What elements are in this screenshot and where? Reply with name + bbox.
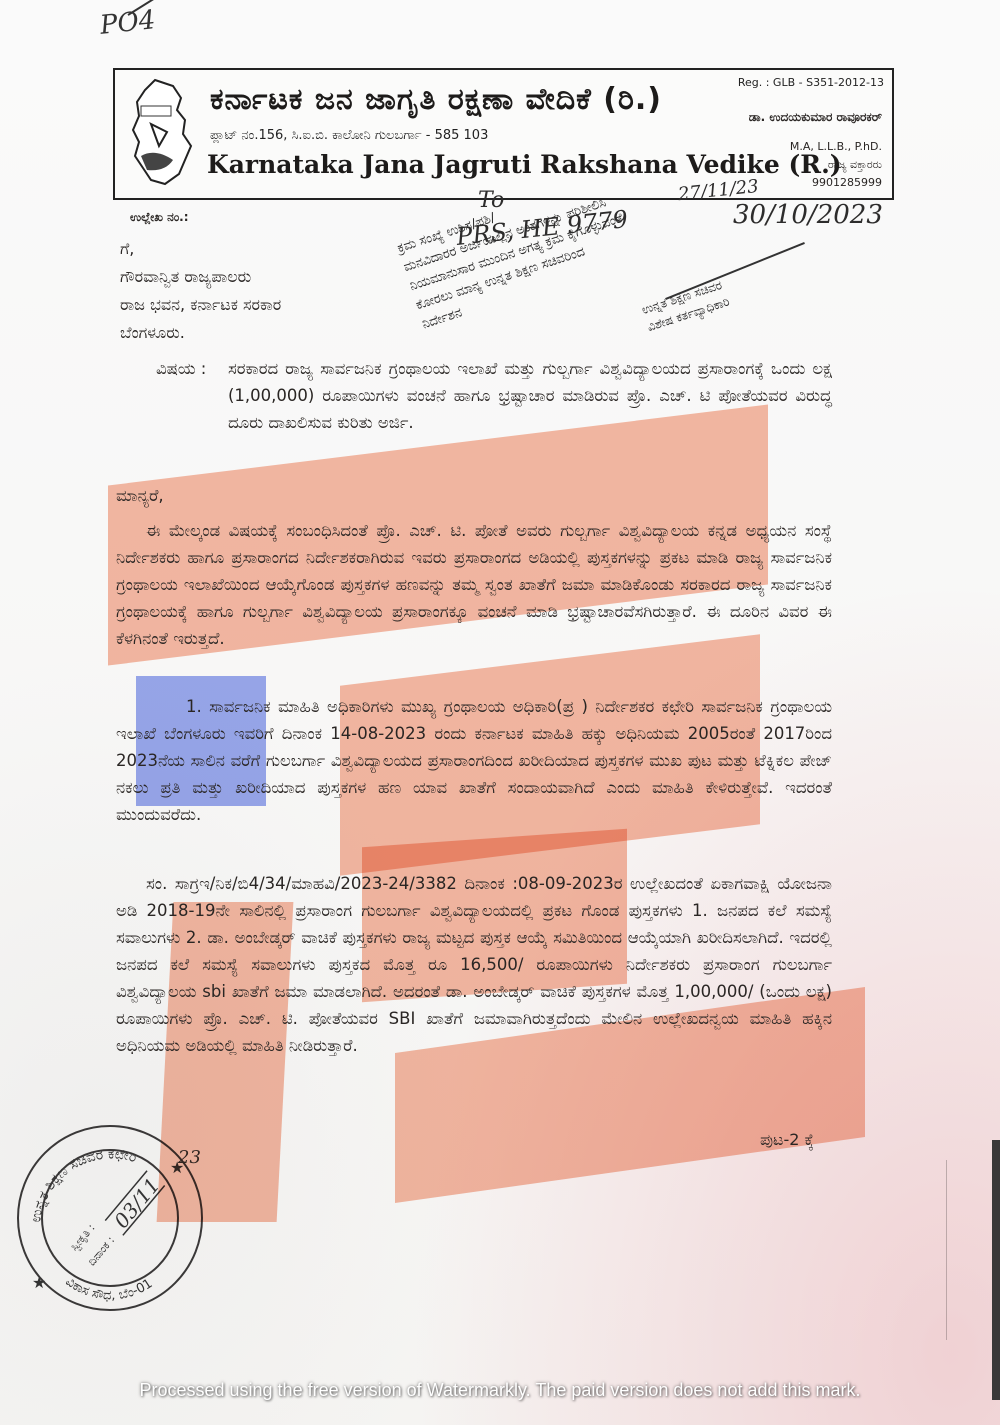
addressee-block: ಗೆ, ಗೌರವಾನ್ವಿತ ರಾಜ್ಯಪಾಲರು ರಾಜ ಭವನ, ಕರ್ನಾ…	[120, 235, 281, 347]
reference-label: ಉಲ್ಲೇಖ ನಂ.:	[130, 210, 189, 225]
addressee-line: ರಾಜ ಭವನ, ಕರ್ನಾಟಕ ಸರಕಾರ	[120, 291, 281, 319]
subject-label: ವಿಷಯ :	[156, 355, 206, 382]
addressee-line: ಬೆಂಗಳೂರು.	[120, 319, 281, 347]
org-address: ಪ್ಲಾಟ್ ನಂ.156, ಸಿ.ಐ.ಬಿ. ಕಾಲೋನಿ ಗುಲಬರ್ಗಾ …	[210, 128, 488, 143]
stamp-received-label: ಸ್ವೀಕೃತಿ :	[68, 1221, 98, 1253]
karnataka-map-logo-icon	[125, 76, 203, 188]
addressee-line: ಗೆ,	[120, 235, 281, 263]
spokesperson-name: ಡಾ. ಉದಯಕುಮಾರ ರಾವೂರಕರ್	[749, 110, 882, 125]
handwritten-top-mark: PO4	[99, 5, 157, 41]
subject-text: ಸರಕಾರದ ರಾಜ್ಯ ಸಾರ್ವಜನಿಕ ಗ್ರಂಥಾಲಯ ಇಲಾಖೆ ಮತ…	[228, 355, 832, 436]
handwritten-date: 30/10/2023	[733, 200, 883, 230]
spokesperson-role: ರಾಜ್ಯ ವಕ್ತಾರರು	[828, 158, 882, 172]
phone-number: 9901285999	[812, 176, 882, 189]
fold-line	[946, 1160, 947, 1340]
spokesperson-degrees: M.A, L.L.B., P.hD.	[790, 140, 882, 153]
scan-edge	[992, 1140, 1000, 1400]
org-title-kannada: ಕರ್ನಾಟಕ ಜನ ಜಾಗೃತಿ ರಕ್ಷಣಾ ವೇದಿಕೆ (ರಿ.)	[210, 82, 662, 117]
paragraph-2: 1. ಸಾರ್ವಜನಿಕ ಮಾಹಿತಿ ಅಧಿಕಾರಿಗಳು ಮುಖ್ಯ ಗ್ರ…	[116, 693, 832, 828]
salutation: ಮಾನ್ಯರೆ,	[116, 482, 164, 509]
org-title-english: Karnataka Jana Jagruti Rakshana Vedike (…	[207, 150, 842, 179]
paragraph-3: ಸಂ. ಸಾಗ್ರಇ/ನಿಕ/ಬಿ4/34/ಮಾಹವಿ/2023-24/3382…	[116, 870, 832, 1059]
stamp-date-label: ದಿನಾಂಕ :	[85, 1234, 117, 1269]
letterhead: ಕರ್ನಾಟಕ ಜನ ಜಾಗೃತಿ ರಕ್ಷಣಾ ವೇದಿಕೆ (ರಿ.) Re…	[113, 68, 894, 200]
watermark-text: Processed using the free version of Wate…	[0, 1380, 1000, 1401]
paragraph-1: ಈ ಮೇಲ್ಕಂಡ ವಿಷಯಕ್ಕೆ ಸಂಬಂಧಿಸಿದಂತೆ ಪ್ರೊ. ಎಚ…	[116, 517, 832, 652]
page-turn-note: ಪುಟ-2 ಕ್ಕೆ	[760, 1130, 814, 1150]
star-icon: ★	[32, 1273, 46, 1292]
addressee-line: ಗೌರವಾನ್ವಿತ ರಾಜ್ಯಪಾಲರು	[120, 263, 281, 291]
registration-number: Reg. : GLB - S351-2012-13	[738, 76, 884, 89]
